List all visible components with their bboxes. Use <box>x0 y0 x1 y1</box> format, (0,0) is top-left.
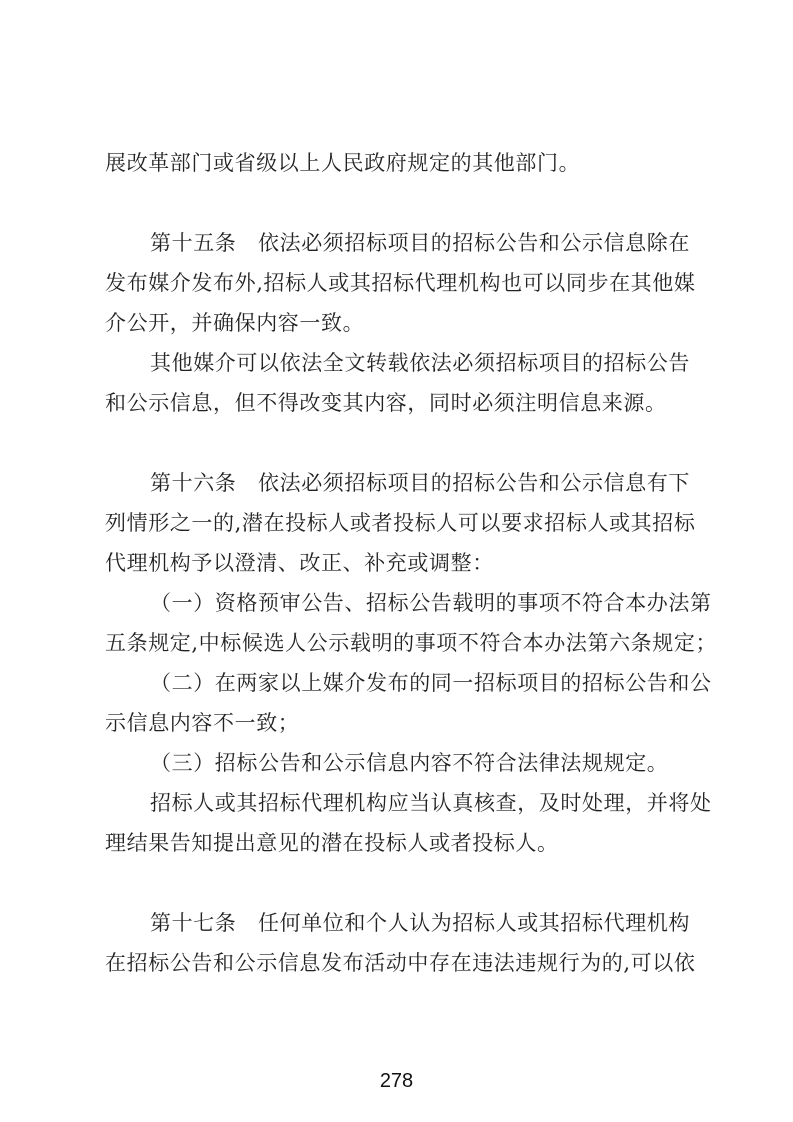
paragraph-article-16-closing: 招标人或其招标代理机构应当认真核查，及时处理，并将处理结果告知提出意见的潜在投标… <box>105 783 691 863</box>
paragraph-article-15-para-1: 第十五条 依法必须招标项目的招标公告和公示信息除在发布媒介发布外,招标人或其招标… <box>105 223 691 343</box>
text-line: （二）在两家以上媒介发布的同一招标项目的招标公告和公 <box>105 663 691 703</box>
text-line: 代理机构予以澄清、改正、补充或调整： <box>105 543 691 583</box>
paragraph-article-17: 第十七条 任何单位和个人认为招标人或其招标代理机构在招标公告和公示信息发布活动中… <box>105 903 691 983</box>
text-line: 第十七条 任何单位和个人认为招标人或其招标代理机构 <box>105 903 691 943</box>
text-line: 列情形之一的,潜在投标人或者投标人可以要求招标人或其招标 <box>105 503 691 543</box>
text-line: 展改革部门或省级以上人民政府规定的其他部门。 <box>105 143 691 183</box>
paragraph-article-16-intro: 第十六条 依法必须招标项目的招标公告和公示信息有下列情形之一的,潜在投标人或者投… <box>105 463 691 583</box>
text-line: 在招标公告和公示信息发布活动中存在违法违规行为的,可以依 <box>105 943 691 983</box>
text-line: 五条规定,中标候选人公示载明的事项不符合本办法第六条规定； <box>105 623 691 663</box>
document-page: 展改革部门或省级以上人民政府规定的其他部门。第十五条 依法必须招标项目的招标公告… <box>0 0 793 1122</box>
text-line: 示信息内容不一致； <box>105 703 691 743</box>
text-line: （三）招标公告和公示信息内容不符合法律法规规定。 <box>105 743 691 783</box>
paragraph-continuation-from-previous-page: 展改革部门或省级以上人民政府规定的其他部门。 <box>105 143 691 183</box>
text-line: 发布媒介发布外,招标人或其招标代理机构也可以同步在其他媒 <box>105 263 691 303</box>
text-line: 招标人或其招标代理机构应当认真核查，及时处理，并将处 <box>105 783 691 823</box>
text-line: 和公示信息，但不得改变其内容，同时必须注明信息来源。 <box>105 383 691 423</box>
text-line: 第十五条 依法必须招标项目的招标公告和公示信息除在 <box>105 223 691 263</box>
paragraph-article-16-item-2: （二）在两家以上媒介发布的同一招标项目的招标公告和公示信息内容不一致； <box>105 663 691 743</box>
text-line: 第十六条 依法必须招标项目的招标公告和公示信息有下 <box>105 463 691 503</box>
paragraph-article-16-item-1: （一）资格预审公告、招标公告载明的事项不符合本办法第五条规定,中标候选人公示载明… <box>105 583 691 663</box>
text-line: 其他媒介可以依法全文转载依法必须招标项目的招标公告 <box>105 343 691 383</box>
text-line: （一）资格预审公告、招标公告载明的事项不符合本办法第 <box>105 583 691 623</box>
text-line: 理结果告知提出意见的潜在投标人或者投标人。 <box>105 823 691 863</box>
paragraph-article-16-item-3: （三）招标公告和公示信息内容不符合法律法规规定。 <box>105 743 691 783</box>
document-text: 展改革部门或省级以上人民政府规定的其他部门。第十五条 依法必须招标项目的招标公告… <box>105 143 691 983</box>
paragraph-article-15-para-2: 其他媒介可以依法全文转载依法必须招标项目的招标公告和公示信息，但不得改变其内容，… <box>105 343 691 423</box>
text-line: 介公开，并确保内容一致。 <box>105 303 691 343</box>
page-number: 278 <box>0 1070 793 1092</box>
